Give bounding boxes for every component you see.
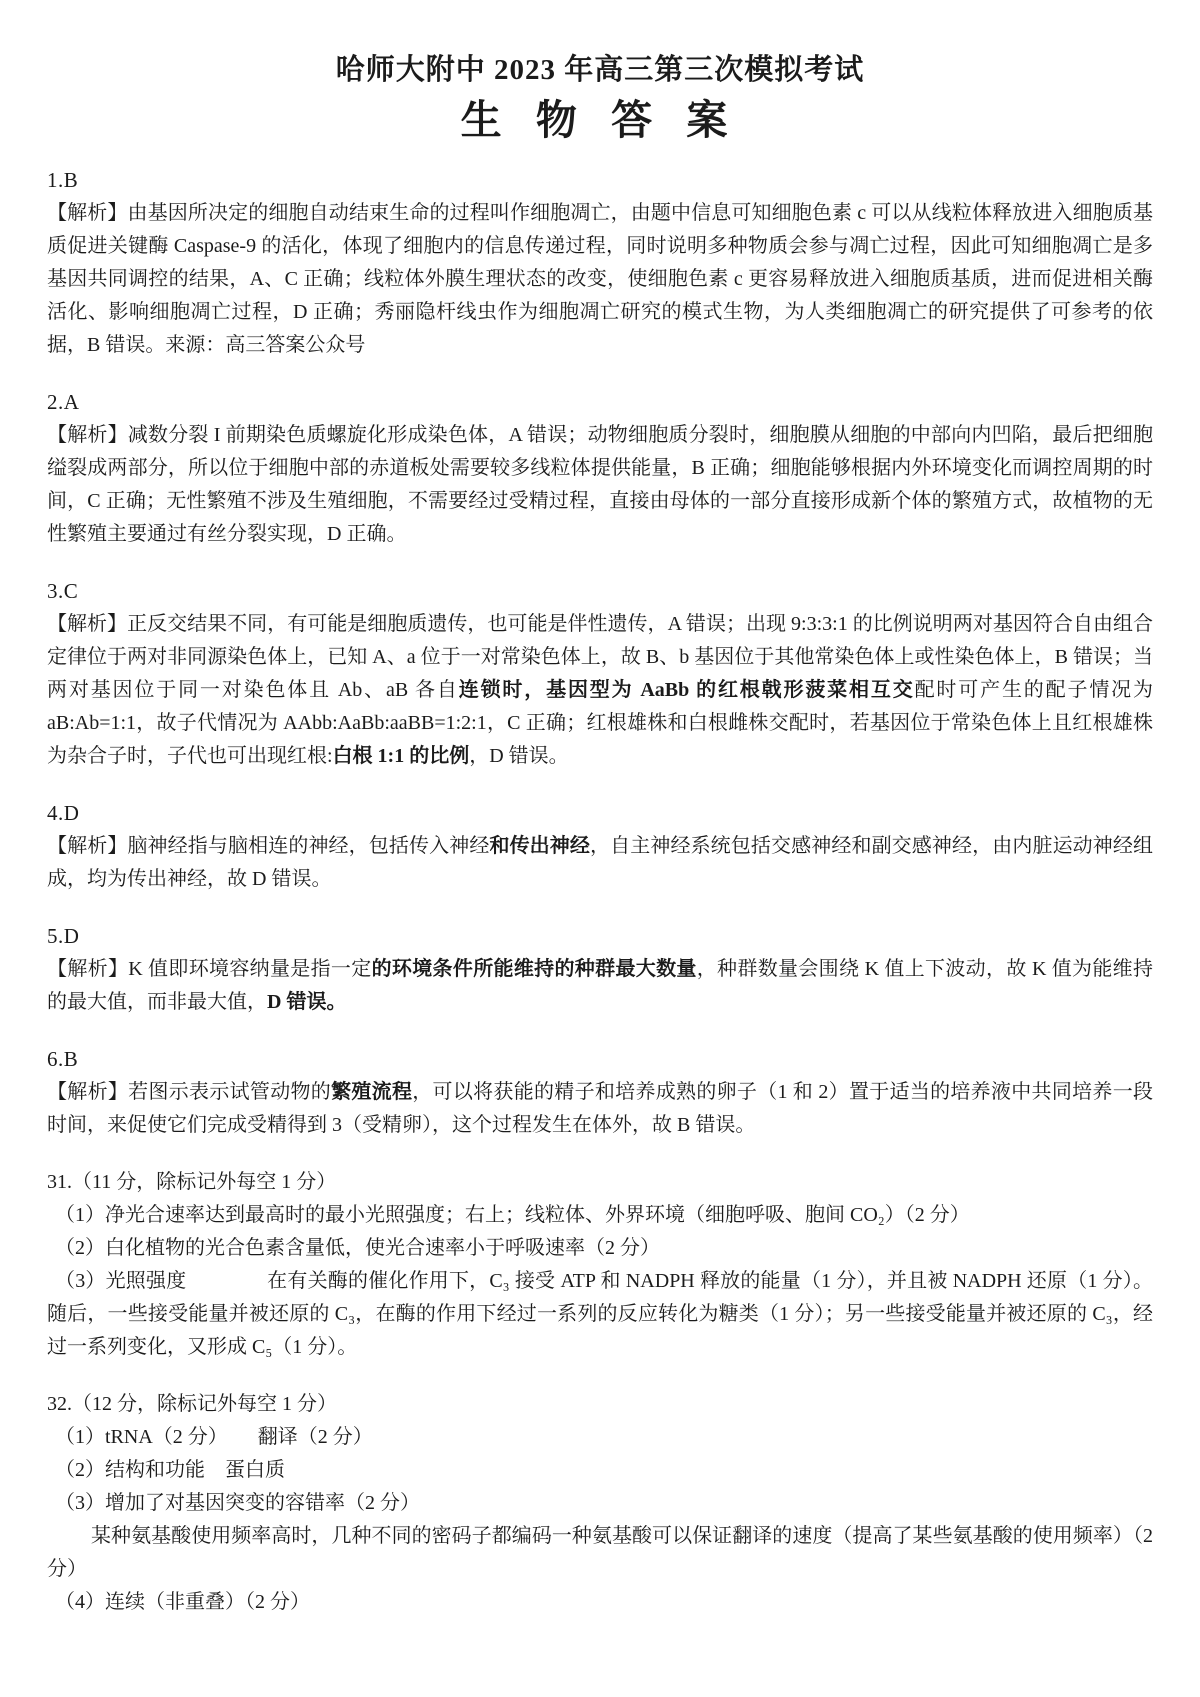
answer-number: 3.C	[47, 575, 1153, 608]
answer-block-6: 6.B 【解析】若图示表示试管动物的繁殖流程，可以将获能的精子和培养成熟的卵子（…	[47, 1043, 1153, 1142]
answer-explanation: 【解析】若图示表示试管动物的繁殖流程，可以将获能的精子和培养成熟的卵子（1 和 …	[47, 1076, 1153, 1142]
page-title: 生 物 答 案	[47, 92, 1153, 148]
question-31-item-1: （1）净光合速率达到最高时的最小光照强度；右上；线粒体、外界环境（细胞呼吸、胞间…	[47, 1199, 1153, 1232]
answer-explanation: 【解析】正反交结果不同，有可能是细胞质遗传，也可能是伴性遗传，A 错误；出现 9…	[47, 608, 1153, 773]
question-32-item-3: （3）增加了对基因突变的容错率（2 分）	[47, 1487, 1153, 1520]
answer-block-5: 5.D 【解析】K 值即环境容纳量是指一定的环境条件所能维持的种群最大数量，种群…	[47, 920, 1153, 1019]
answer-number: 2.A	[47, 386, 1153, 419]
answer-explanation: 【解析】减数分裂 I 前期染色质螺旋化形成染色体，A 错误；动物细胞质分裂时，细…	[47, 419, 1153, 551]
answer-block-4: 4.D 【解析】脑神经指与脑相连的神经，包括传入神经和传出神经，自主神经系统包括…	[47, 797, 1153, 896]
question-31-item-2: （2）白化植物的光合色素含量低，使光合速率小于呼吸速率（2 分）	[47, 1232, 1153, 1265]
answer-number: 1.B	[47, 164, 1153, 197]
answer-number: 5.D	[47, 920, 1153, 953]
question-32-item-4: （4）连续（非重叠）（2 分）	[47, 1586, 1153, 1619]
answer-explanation: 【解析】K 值即环境容纳量是指一定的环境条件所能维持的种群最大数量，种群数量会围…	[47, 953, 1153, 1019]
answer-explanation: 【解析】脑神经指与脑相连的神经，包括传入神经和传出神经，自主神经系统包括交感神经…	[47, 830, 1153, 896]
question-block-31: 31.（11 分，除标记外每空 1 分） （1）净光合速率达到最高时的最小光照强…	[47, 1166, 1153, 1364]
question-block-32: 32.（12 分，除标记外每空 1 分） （1）tRNA（2 分） 翻译（2 分…	[47, 1388, 1153, 1619]
question-32-item-1: （1）tRNA（2 分） 翻译（2 分）	[47, 1421, 1153, 1454]
answer-explanation: 【解析】由基因所决定的细胞自动结束生命的过程叫作细胞凋亡，由题中信息可知细胞色素…	[47, 197, 1153, 362]
question-32-item-3-note: 某种氨基酸使用频率高时，几种不同的密码子都编码一种氨基酸可以保证翻译的速度（提高…	[47, 1520, 1153, 1586]
answer-block-1: 1.B 【解析】由基因所决定的细胞自动结束生命的过程叫作细胞凋亡，由题中信息可知…	[47, 164, 1153, 362]
question-31-header: 31.（11 分，除标记外每空 1 分）	[47, 1166, 1153, 1199]
document-page: 哈师大附中 2023 年高三第三次模拟考试 生 物 答 案 1.B 【解析】由基…	[0, 0, 1200, 1697]
question-31-item-3: （3）光照强度 在有关酶的催化作用下，C₃ 接受 ATP 和 NADPH 释放的…	[47, 1265, 1153, 1364]
answer-number: 6.B	[47, 1043, 1153, 1076]
answer-block-2: 2.A 【解析】减数分裂 I 前期染色质螺旋化形成染色体，A 错误；动物细胞质分…	[47, 386, 1153, 551]
question-32-header: 32.（12 分，除标记外每空 1 分）	[47, 1388, 1153, 1421]
question-32-item-2: （2）结构和功能 蛋白质	[47, 1454, 1153, 1487]
exam-title: 哈师大附中 2023 年高三第三次模拟考试	[47, 50, 1153, 90]
answer-number: 4.D	[47, 797, 1153, 830]
answer-block-3: 3.C 【解析】正反交结果不同，有可能是细胞质遗传，也可能是伴性遗传，A 错误；…	[47, 575, 1153, 773]
